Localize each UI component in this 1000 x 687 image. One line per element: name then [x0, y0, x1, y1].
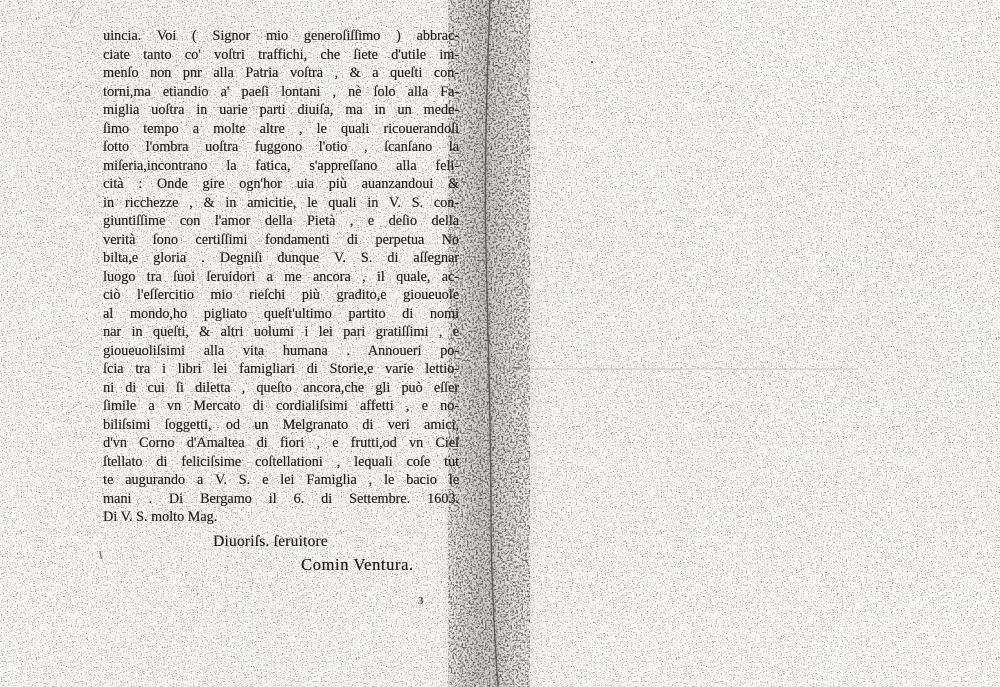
body-text-line: menſo non pnr alla Patria voſtra , & a q… [103, 64, 459, 83]
body-text-line: cità : Onde gire ogn'hor uia più auanzan… [103, 175, 459, 194]
book-page-scan: uincia. Voi ( Signor mio generoſiſſimo )… [0, 0, 1000, 687]
binding-crease-blur [485, 0, 498, 687]
body-text-line: ciate tanto co' voſtri traffichi, che ſi… [103, 46, 459, 65]
stray-mark-left-margin [100, 551, 102, 559]
body-text-line: Di V. S. molto Mag. [103, 508, 459, 527]
ink-speck-2 [769, 383, 771, 385]
body-text-line: in ricchezze , & in amicitie, le quali i… [103, 194, 459, 213]
body-text-line: te augurando a V. S. e lei Famiglia , le… [103, 471, 459, 490]
closing-salutation: Diuoriſs. ſeruitore [213, 533, 328, 551]
body-text-line: biliſsimi ſoggetti, od un Melgranato di … [103, 416, 459, 435]
binding-crease-line [485, 0, 498, 687]
body-text-line: gioueuoliſsimi alla vita humana . Annoue… [103, 342, 459, 361]
body-text-line: bilta,e gloria . Degniſi dunque V. S. di… [103, 249, 459, 268]
body-text-line: luogo tra ſuoi ſeruidori a me ancora , i… [103, 268, 459, 287]
body-text-line: ni di cui ſi diletta , queſto ancora,che… [103, 379, 459, 398]
body-text-line: d'vn Corno d'Amaltea di fiori , e frutti… [103, 434, 459, 453]
body-text-line: giuntiſſime con l'amor della Pietà , e d… [103, 212, 459, 231]
body-text-line: mani . Di Bergamo il 6. di Settembre. 16… [103, 490, 459, 509]
body-text-line: miglia uoſtra in uarie parti diuiſa, ma … [103, 101, 459, 120]
body-text-line: torni,ma etiandio a' paeſi lontani , nè … [103, 83, 459, 102]
body-text-line: ſcia tra i libri lei famigliari di Stori… [103, 360, 459, 379]
body-text-line: uincia. Voi ( Signor mio generoſiſſimo )… [103, 27, 459, 46]
body-text-line: miſeria,incontrano la fatica, s'appreſſa… [103, 157, 459, 176]
signature-name: Comin Ventura. [301, 555, 414, 575]
body-text-line: ciò l'eſſercitio mio rieſchi più gradito… [103, 286, 459, 305]
body-text-line: ſotto l'ombra uoſtra fuggono l'otio , ſc… [103, 138, 459, 157]
stray-mark-top-left [70, 4, 85, 24]
gathering-mark: 3 [418, 595, 424, 607]
body-text-line: ſimile a vn Mercato di cordialiſsimi aff… [103, 397, 459, 416]
dedication-text-block: uincia. Voi ( Signor mio generoſiſſimo )… [103, 27, 459, 527]
ink-speck-3 [904, 184, 906, 186]
ink-speck-1 [591, 61, 593, 63]
body-text-line: ſimo tempo a molte altre , le quali rico… [103, 120, 459, 139]
body-text-line: al mondo,ho pigliato queſt'ultimo partit… [103, 305, 459, 324]
body-text-line: ſtellato di feliciſsime coſtellationi , … [103, 453, 459, 472]
body-text-line: verità ſono certiſſimi fondamenti di per… [103, 231, 459, 250]
gutter-grain [448, 0, 530, 687]
body-text-line: nar in queſti, & altri uolumi i lei pari… [103, 323, 459, 342]
